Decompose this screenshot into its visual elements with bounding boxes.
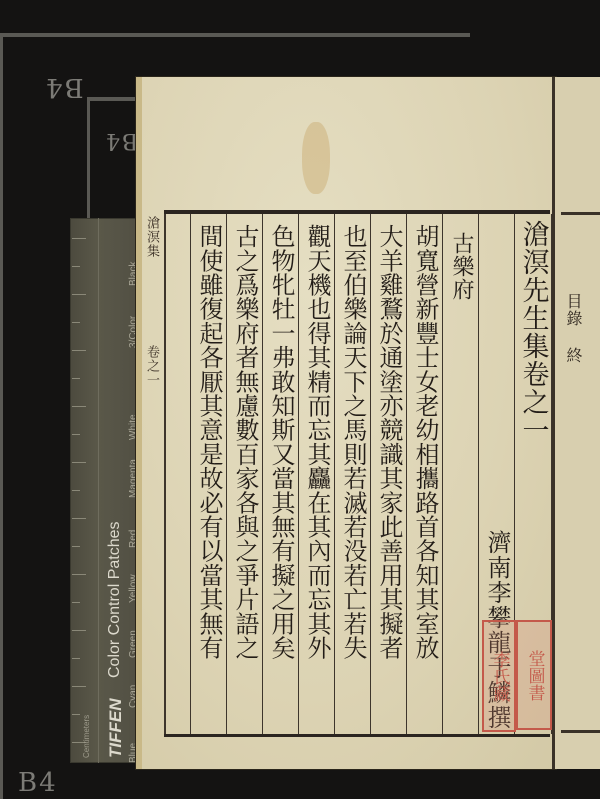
column-text: 觀天機也得其精而忘其麤在其內而忘其外 [305,224,329,660]
color-control-strip: Centimeters TIFFEN Color Control Patches… [70,218,140,763]
column-text: 胡寬營新豐士女老幼相攜路首各知其室放 [413,224,437,660]
column-text: 色物牝牡一弗敢知斯又當其無有擬之用矣 [269,224,293,660]
text-column-3: 也至伯樂論天下之馬則若滅若没若亡若失 [334,214,371,734]
column-text: 古之爲樂府者無慮數百家各與之爭片語之 [233,224,257,660]
right-page-frame-bottom [561,730,600,733]
red-seal-right: 堂圖書 [516,620,552,730]
section-heading: 古樂府 [450,232,472,301]
board-frame-line-left [0,37,3,799]
red-seal-left: 李氏藏 [482,620,516,732]
spine-margin: 滄溟集 卷之一 [142,210,164,730]
volume-title: 滄溟先生集卷之一 [520,220,547,444]
board-inner-line-left [87,100,90,220]
column-text: 間使雖復起各厭其意是故必有以當其無有 [197,224,221,660]
paper-stain [302,122,330,194]
centimeter-ruler: Centimeters [72,218,99,763]
text-column-2: 大羊雞鶩於通塗亦競識其家此善用其擬者 [370,214,407,734]
text-column-6: 古之爲樂府者無慮數百家各與之爭片語之 [226,214,263,734]
board-label-top: B4 [44,72,84,102]
right-page-text: 目錄 終 [565,293,581,364]
board-frame-line-top [0,33,470,37]
text-column-5: 色物牝牡一弗敢知斯又當其無有擬之用矣 [262,214,299,734]
board-label-bottom: B4 [18,768,58,798]
spine-book-title: 滄溟集 [145,216,158,258]
spine-volume: 卷之一 [145,345,158,387]
board-inner-line-top [87,97,137,101]
ruler-unit-label: Centimeters [82,715,91,758]
text-frame: 滄溟先生集卷之一 濟南李攀龍于鱗撰 古樂府 胡寬營新豐士女老幼相攜路首各知其室放… [164,210,550,737]
column-text: 大羊雞鶩於通塗亦競識其家此善用其擬者 [377,224,401,660]
text-column-1: 胡寬營新豐士女老幼相攜路首各知其室放 [406,214,443,734]
left-book-page: 滄溟集 卷之一 滄溟先生集卷之一 濟南李攀龍于鱗撰 古樂府 胡寬營新豐士女老幼相… [136,77,556,769]
right-book-page: 目錄 終 [552,77,600,769]
strip-title: Color Control Patches [106,521,124,678]
section-column: 古樂府 [442,214,479,734]
column-text: 也至伯樂論天下之馬則若滅若没若亡若失 [341,224,365,660]
right-page-frame-top [561,212,600,215]
text-column-7: 間使雖復起各厭其意是故必有以當其無有 [190,214,227,734]
board-label-inner: B4 [104,128,138,153]
tiffen-brand: TIFFEN [106,699,126,759]
text-column-4: 觀天機也得其精而忘其麤在其內而忘其外 [298,214,335,734]
frame-left-border [164,214,192,734]
